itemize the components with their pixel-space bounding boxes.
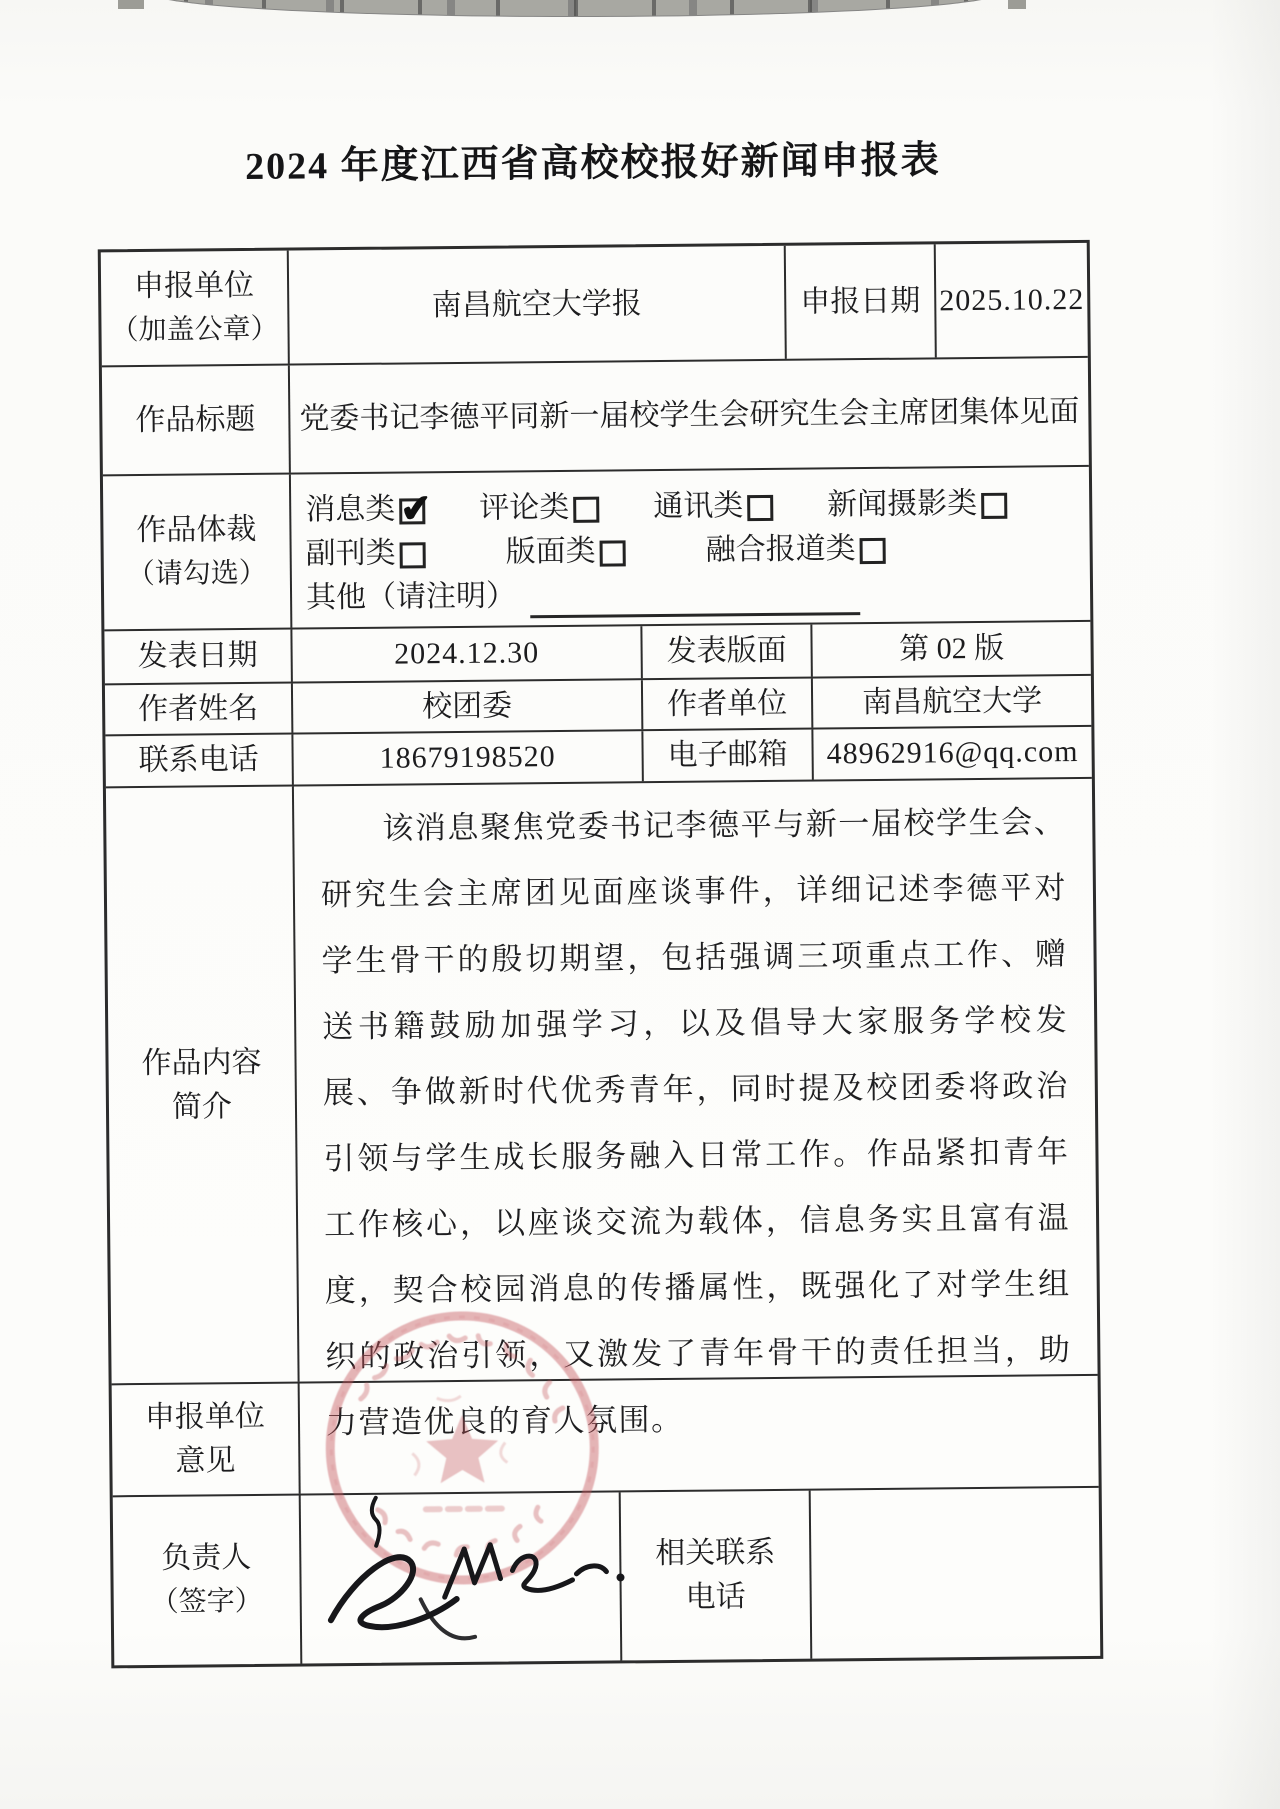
declaring-unit-label-line1: 申报单位	[134, 263, 254, 308]
publish-page-label: 发表版面	[640, 625, 810, 679]
declaration-date-label: 申报日期	[784, 244, 935, 358]
related-phone-value	[809, 1488, 1101, 1659]
email-label: 电子邮箱	[641, 730, 811, 782]
row-genre: 作品体裁 （请勾选） 消息类 评论类 通讯类	[103, 465, 1090, 629]
contact-phone-label: 联系电话	[105, 735, 291, 787]
checkbox-layout-box	[600, 540, 626, 566]
checkbox-commentary-label: 评论类	[479, 486, 569, 531]
genre-line-2: 副刊类 版面类 融合报道类	[305, 527, 885, 577]
checkbox-correspondence-label: 通讯类	[653, 484, 743, 529]
checkbox-news-photo-box	[981, 493, 1007, 519]
checkbox-news-box	[399, 498, 425, 524]
row-signer: 负责人 （签字） 相关联系 电话	[113, 1486, 1101, 1665]
row-publish: 发表日期 2024.12.30 发表版面 第 02 版	[104, 620, 1090, 683]
checkbox-news: 消息类	[305, 487, 425, 532]
signer-label: 负责人 （签字）	[113, 1496, 301, 1666]
checkbox-converged-media: 融合报道类	[705, 527, 885, 573]
checkbox-supplement: 副刊类	[305, 531, 425, 576]
genre-label: 作品体裁 （请勾选）	[103, 475, 290, 630]
row-contact: 联系电话 18679198520 电子邮箱 48962916@qq.com	[105, 725, 1091, 786]
related-phone-label: 相关联系 电话	[619, 1491, 811, 1661]
genre-line-1: 消息类 评论类 通讯类 新闻摄影类	[305, 482, 1007, 533]
checkbox-news-label: 消息类	[305, 488, 395, 533]
unit-opinion-label-line2: 意见	[175, 1439, 235, 1484]
checkbox-news-photo: 新闻摄影类	[827, 482, 1007, 528]
row-author: 作者姓名 校团委 作者单位 南昌航空大学	[105, 674, 1091, 734]
checkbox-converged-media-box	[860, 538, 886, 564]
unit-opinion-label: 申报单位 意见	[112, 1384, 299, 1496]
application-form-table: 申报单位 （加盖公章） 南昌航空大学报 申报日期 2025.10.22 作品标题…	[98, 240, 1104, 1668]
checkbox-supplement-label: 副刊类	[305, 532, 395, 577]
genre-options: 消息类 评论类 通讯类 新闻摄影类	[289, 467, 1090, 628]
publish-date-label: 发表日期	[104, 630, 290, 684]
contact-phone-value: 18679198520	[291, 731, 641, 784]
document-sheet: 2024 年度江西省高校校报好新闻申报表 申报单位 （加盖公章） 南昌航空大学报…	[0, 0, 1280, 1809]
genre-label-line1: 作品体裁	[136, 507, 256, 552]
checkbox-commentary-box	[573, 497, 599, 523]
signer-label-line2: （签字）	[151, 1580, 263, 1625]
related-phone-label-line2: 电话	[685, 1575, 745, 1620]
checkbox-layout-label: 版面类	[505, 530, 595, 575]
synopsis-label: 作品内容 简介	[106, 787, 298, 1384]
declaring-unit-label-line2: （加盖公章）	[110, 307, 278, 353]
publish-page-value: 第 02 版	[810, 622, 1090, 677]
genre-other-blank	[530, 579, 860, 618]
row-work-title: 作品标题 党委书记李德平同新一届校学生会研究生会主席团集体见面	[102, 356, 1089, 474]
author-name-label: 作者姓名	[105, 684, 291, 735]
genre-other-label: 其他（请注明）	[306, 574, 516, 620]
related-phone-label-line1: 相关联系	[655, 1531, 775, 1576]
scanned-application-form-page: 2024 年度江西省高校校报好新闻申报表 申报单位 （加盖公章） 南昌航空大学报…	[0, 0, 1280, 1809]
publish-date-value: 2024.12.30	[290, 626, 640, 681]
author-name-value: 校团委	[291, 680, 641, 732]
declaring-unit-value: 南昌航空大学报	[287, 246, 785, 364]
page-title: 2024 年度江西省高校校报好新闻申报表	[97, 127, 1089, 192]
synopsis-label-line2: 简介	[172, 1085, 232, 1130]
email-value: 48962916@qq.com	[811, 727, 1091, 780]
checkbox-correspondence-box	[747, 495, 773, 521]
synopsis-text: 该消息聚焦党委书记李德平与新一届校学生会、研究生会主席团见面座谈事件，详细记述李…	[320, 789, 1072, 1456]
checkbox-news-photo-label: 新闻摄影类	[827, 482, 977, 527]
checkbox-commentary: 评论类	[479, 486, 599, 531]
checkbox-correspondence: 通讯类	[653, 484, 773, 529]
genre-other-line: 其他（请注明）	[306, 571, 860, 620]
row-synopsis: 作品内容 简介 该消息聚焦党委书记李德平与新一届校学生会、研究生会主席团见面座谈…	[106, 777, 1098, 1383]
signer-label-line1: 负责人	[161, 1536, 251, 1581]
genre-label-line2: （请勾选）	[127, 551, 267, 596]
synopsis-label-line1: 作品内容	[141, 1040, 261, 1085]
checkbox-converged-media-label: 融合报道类	[705, 527, 855, 572]
work-title-label: 作品标题	[102, 366, 289, 475]
author-unit-label: 作者单位	[641, 679, 811, 730]
synopsis-value-cell: 该消息聚焦党委书记李德平与新一届校学生会、研究生会主席团见面座谈事件，详细记述李…	[292, 779, 1098, 1382]
signature-cell	[299, 1492, 621, 1663]
checkbox-layout: 版面类	[505, 529, 625, 574]
declaration-date-value: 2025.10.22	[934, 243, 1088, 357]
unit-opinion-value	[298, 1376, 1099, 1494]
unit-opinion-label-line1: 申报单位	[145, 1395, 265, 1440]
checkbox-supplement-box	[400, 542, 426, 568]
work-title-value: 党委书记李德平同新一届校学生会研究生会主席团集体见面	[288, 358, 1089, 473]
row-unit-opinion: 申报单位 意见	[112, 1374, 1099, 1495]
declaring-unit-label: 申报单位 （加盖公章）	[101, 251, 288, 366]
author-unit-value: 南昌航空大学	[811, 676, 1091, 728]
row-declaring-unit: 申报单位 （加盖公章） 南昌航空大学报 申报日期 2025.10.22	[101, 243, 1088, 365]
